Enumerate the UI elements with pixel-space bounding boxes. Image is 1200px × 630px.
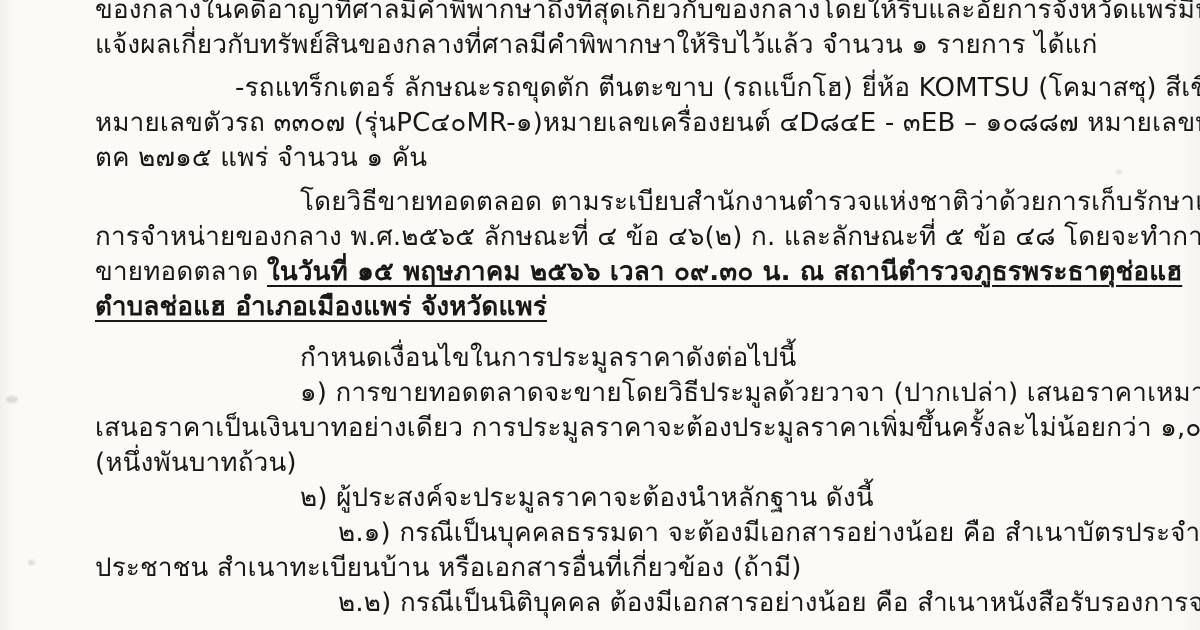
auction-method-line-4: ตำบลช่อแฮ อำเภอเมืองแพร่ จังหวัดแพร่ xyxy=(95,290,1200,325)
condition-1-line-2: เสนอราคาเป็นเงินบาทอย่างเดียว การประมูลร… xyxy=(95,411,1200,446)
condition-2-2-line-1: ๒.๒) กรณีเป็นนิติบุคคล ต้องมีเอกสารอย่าง… xyxy=(95,586,1200,621)
auction-method-line-3: ขายทอดตลาด ในวันที่ ๑๕ พฤษภาคม ๒๕๖๖ เวลา… xyxy=(95,255,1200,290)
condition-1-line-1: ๑) การขายทอดตลาดจะขายโดยวิธีประมูลด้วยวา… xyxy=(95,376,1200,411)
condition-1-line-3: (หนึ่งพันบาทถ้วน) xyxy=(95,446,1200,481)
auction-method-line-1: โดยวิธีขายทอดตลอด ตามระเบียบสำนักงานตำรว… xyxy=(95,185,1200,220)
document-text-block: ของกลางในคดีอาญาที่ศาลมีคำพิพากษาถึงที่ส… xyxy=(95,0,1200,621)
scan-artifact-speck xyxy=(1116,170,1122,174)
seized-item-line-3: ตค ๒๗๑๕ แพร่ จำนวน ๑ คัน xyxy=(95,141,1200,176)
auction-method-line-3-normal: ขายทอดตลาด xyxy=(95,257,267,287)
scan-artifact-speck xyxy=(28,560,35,565)
seized-item-line-1: -รถแทร็กเตอร์ ลักษณะรถขุดตัก ตีนตะขาบ (ร… xyxy=(95,71,1200,106)
scan-artifact-speck xyxy=(6,396,18,403)
condition-2-line-1: ๒) ผู้ประสงค์จะประมูลราคาจะต้องนำหลักฐาน… xyxy=(95,481,1200,516)
intro-line-2: แจ้งผลเกี่ยวกับทรัพย์สินของกลางที่ศาลมีค… xyxy=(95,28,1200,63)
auction-location-emphasis: ตำบลช่อแฮ อำเภอเมืองแพร่ จังหวัดแพร่ xyxy=(95,292,547,322)
conditions-heading: กำหนดเงื่อนไขในการประมูลราคาดังต่อไปนี้ xyxy=(95,341,1200,376)
condition-2-1-line-1: ๒.๑) กรณีเป็นบุคคลธรรมดา จะต้องมีเอกสารอ… xyxy=(95,516,1200,551)
auction-date-venue-emphasis: ในวันที่ ๑๕ พฤษภาคม ๒๕๖๖ เวลา ๐๙.๓๐ น. ณ… xyxy=(267,257,1182,287)
condition-2-1-line-2: ประชาชน สำเนาทะเบียนบ้าน หรือเอกสารอื่นท… xyxy=(95,551,1200,586)
scanned-document-page: ของกลางในคดีอาญาที่ศาลมีคำพิพากษาถึงที่ส… xyxy=(0,0,1200,630)
auction-method-line-2: การจำหน่ายของกลาง พ.ศ.๒๕๖๕ ลักษณะที่ ๔ ข… xyxy=(95,220,1200,255)
seized-item-line-2: หมายเลขตัวรถ ๓๓๐๗ (รุ่นPC๔๐MR-๑)หมายเลขเ… xyxy=(95,106,1200,141)
intro-line-1: ของกลางในคดีอาญาที่ศาลมีคำพิพากษาถึงที่ส… xyxy=(95,0,1200,28)
